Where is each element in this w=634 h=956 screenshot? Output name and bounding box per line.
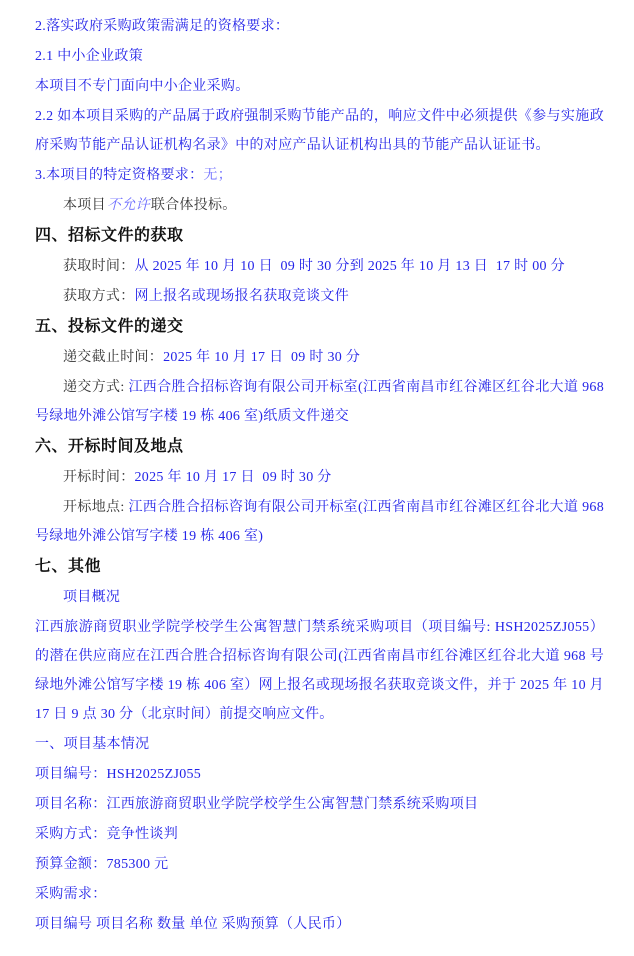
para-project-overview-text: 江西旅游商贸职业学院学校学生公寓智慧门禁系统采购项目（项目编号: HSH2025… (35, 613, 604, 729)
consortium-emphasis: 不允许 (107, 198, 150, 213)
opening-time-value: 2025 年 10 月 17 日 09 时 30 分 (135, 470, 332, 485)
procurement-method-value: 竞争性谈判 (107, 827, 179, 842)
consortium-prefix: 本项目 (63, 198, 106, 213)
procurement-notice-document: 2.落实政府采购政策需满足的资格要求： 2.1 中小企业政策 本项目不专门面向中… (0, 0, 634, 956)
para-procurement-method: 采购方式：竞争性谈判 (35, 820, 604, 849)
para-budget: 预算金额：785300 元 (35, 850, 604, 879)
heading-bid-opening: 六、开标时间及地点 (35, 432, 604, 462)
obtain-time-value: 从 2025 年 10 月 10 日 09 时 30 分到 2025 年 10 … (135, 259, 565, 274)
para-submission-method: 递交方式: 江西合胜合招标咨询有限公司开标室(江西省南昌市红谷滩区红谷北大道 9… (35, 373, 604, 431)
para-sme-policy: 2.1 中小企业政策 (35, 42, 604, 71)
project-name-value: 江西旅游商贸职业学院学校学生公寓智慧门禁系统采购项目 (107, 797, 479, 812)
para-project-name: 项目名称：江西旅游商贸职业学院学校学生公寓智慧门禁系统采购项目 (35, 790, 604, 819)
para-obtain-method: 获取方式：网上报名或现场报名获取竞谈文件 (35, 282, 604, 311)
project-name-label: 项目名称： (35, 797, 107, 812)
para-demand-label: 采购需求： (35, 880, 604, 909)
budget-value: 785300 元 (107, 857, 169, 872)
procurement-method-label: 采购方式： (35, 827, 107, 842)
para-obtain-time: 获取时间：从 2025 年 10 月 10 日 09 时 30 分到 2025 … (35, 252, 604, 281)
para-project-overview-label: 项目概况 (35, 583, 604, 612)
project-number-label: 项目编号： (35, 767, 107, 782)
para-sme-note: 本项目不专门面向中小企业采购。 (35, 72, 604, 101)
heading-bid-submission: 五、投标文件的递交 (35, 312, 604, 342)
opening-time-label: 开标时间： (63, 470, 135, 485)
specific-req-value: 无； (203, 168, 232, 183)
specific-req-label: 3.本项目的特定资格要求： (35, 168, 203, 183)
heading-others: 七、其他 (35, 552, 604, 582)
para-submission-deadline: 递交截止时间：2025 年 10 月 17 日 09 时 30 分 (35, 343, 604, 372)
para-demand-columns: 项目编号 项目名称 数量 单位 采购预算（人民币） (35, 910, 604, 939)
heading-obtain-documents: 四、招标文件的获取 (35, 221, 604, 251)
opening-place-label: 开标地点: (63, 500, 125, 515)
budget-label: 预算金额： (35, 857, 107, 872)
submission-deadline-label: 递交截止时间： (63, 350, 163, 365)
submission-method-label: 递交方式: (63, 380, 125, 395)
heading-basic-info: 一、项目基本情况 (35, 730, 604, 759)
para-policy-qualification: 2.落实政府采购政策需满足的资格要求： (35, 12, 604, 41)
obtain-method-value: 网上报名或现场报名获取竞谈文件 (135, 289, 350, 304)
obtain-method-label: 获取方式： (63, 289, 135, 304)
para-opening-place: 开标地点: 江西合胜合招标咨询有限公司开标室(江西省南昌市红谷滩区红谷北大道 9… (35, 493, 604, 551)
obtain-time-label: 获取时间： (63, 259, 135, 274)
consortium-suffix: 联合体投标。 (151, 198, 237, 213)
para-consortium-rule: 本项目不允许联合体投标。 (35, 191, 604, 220)
para-project-number: 项目编号：HSH2025ZJ055 (35, 760, 604, 789)
para-opening-time: 开标时间：2025 年 10 月 17 日 09 时 30 分 (35, 463, 604, 492)
para-specific-requirement: 3.本项目的特定资格要求：无； (35, 161, 604, 190)
para-energy-saving: 2.2 如本项目采购的产品属于政府强制采购节能产品的，响应文件中必须提供《参与实… (35, 102, 604, 160)
project-number-value: HSH2025ZJ055 (107, 767, 202, 782)
submission-deadline-value: 2025 年 10 月 17 日 09 时 30 分 (163, 350, 360, 365)
